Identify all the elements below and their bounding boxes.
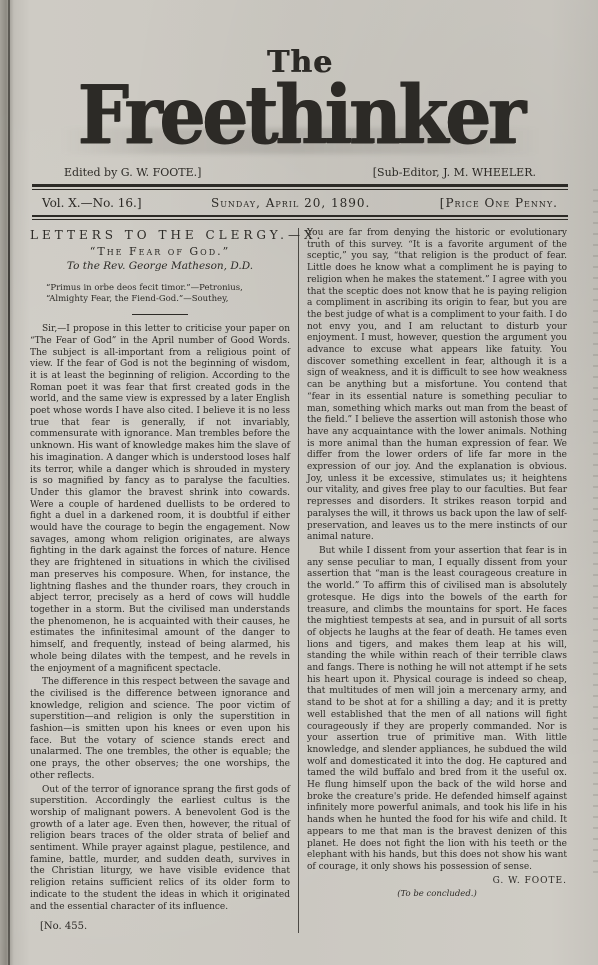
signature-row: G. W. FOOTE. — [307, 876, 567, 888]
dateline: Vol. X.—No. 16.] Sunday, April 20, 1890.… — [42, 196, 558, 210]
newspaper-page: The Freethinker Edited by G. W. FOOTE.] … — [30, 48, 570, 933]
closing-note: (To be concluded.) — [307, 889, 567, 901]
issue-footnote: [No. 455. — [30, 921, 290, 933]
issue-date: Sunday, April 20, 1890. — [211, 196, 370, 210]
article-heading: LETTERS TO THE CLERGY.—X. — [30, 230, 290, 242]
article-addressee: To the Rev. George Matheson, D.D. — [30, 261, 290, 273]
page-spine-edge — [8, 0, 10, 965]
author-signature: G. W. FOOTE. — [307, 876, 567, 888]
section-rule — [132, 314, 188, 315]
paragraph: You are far from denying the historic or… — [307, 228, 567, 544]
article-columns: LETTERS TO THE CLERGY.—X. “The Fear of G… — [30, 228, 570, 933]
price: [Price One Penny. — [440, 196, 558, 210]
epigraph-2: “Almighty Fear, the Fiend-God.”—Southey, — [46, 294, 290, 305]
column-divider-rule — [298, 228, 299, 933]
editor-line: Edited by G. W. FOOTE.] [Sub-Editor, J. … — [64, 166, 536, 179]
sub-editor-credit: [Sub-Editor, J. M. WHEELER. — [373, 166, 536, 179]
adjacent-page-fragment — [593, 180, 598, 880]
paragraph: Sir,—I propose in this letter to critici… — [30, 324, 290, 675]
masthead: The Freethinker Edited by G. W. FOOTE.] … — [30, 48, 570, 179]
paragraph: But while I dissent from your assertion … — [307, 546, 567, 874]
volume-number: Vol. X.—No. 16.] — [42, 196, 142, 210]
left-column: LETTERS TO THE CLERGY.—X. “The Fear of G… — [30, 228, 298, 933]
editor-credit: Edited by G. W. FOOTE.] — [64, 166, 201, 179]
article-subheading: “The Fear of God.” — [30, 246, 290, 258]
masthead-rule — [32, 184, 568, 190]
dateline-rule — [32, 215, 568, 220]
paragraph: The difference in this respect between t… — [30, 677, 290, 782]
epigraph-1: “Primus in orbe deos fecit timor.”—Petro… — [46, 283, 290, 294]
right-column: You are far from denying the historic or… — [299, 228, 567, 933]
paragraph: Out of the terror of ignorance sprang th… — [30, 785, 290, 914]
masthead-title: Freethinker — [30, 74, 570, 157]
